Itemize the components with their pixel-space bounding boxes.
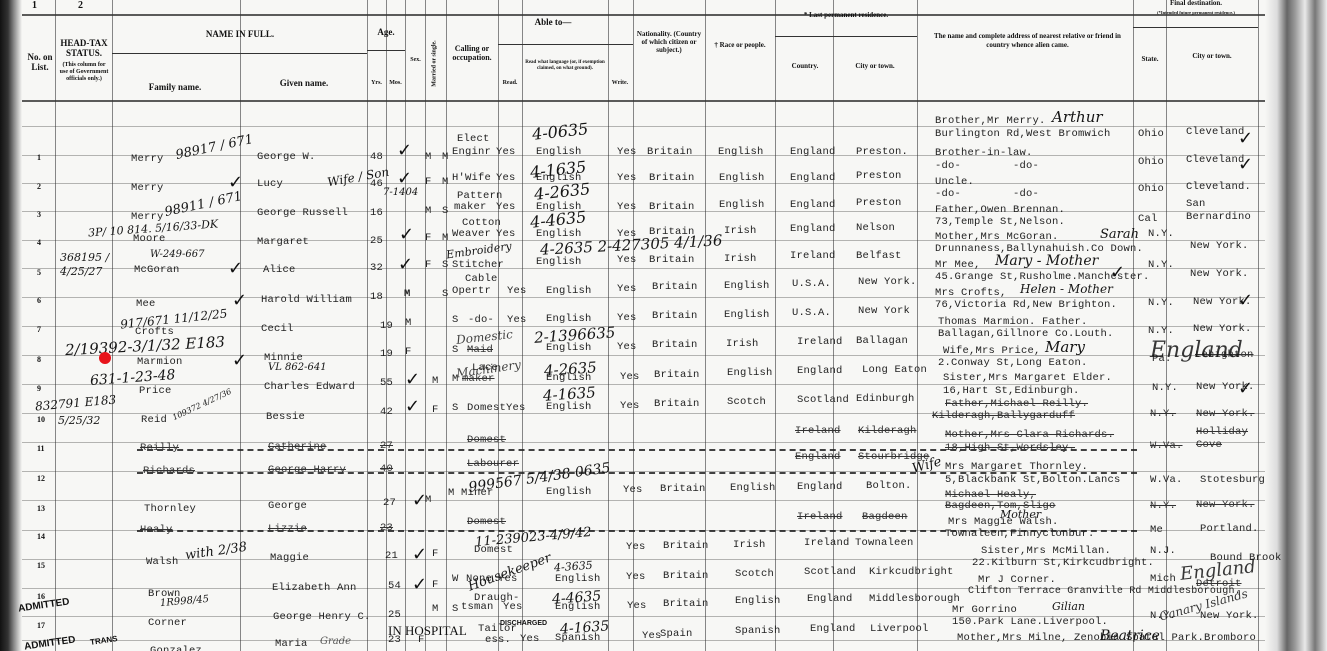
header-head-tax-status: HEAD-TAX STATUS. [57,38,111,58]
family-name: Healy [140,524,173,536]
country: Ireland [795,425,841,437]
city-townaleen: Townaleen [855,537,914,549]
header-read: Read. [500,80,520,87]
age: 40 [380,463,393,475]
relative-address: 76,Victoria Rd,New Brighton. [935,299,1117,311]
country: England [807,593,853,605]
read: Yes [496,146,516,158]
race: Irish [733,539,766,551]
sex: M [425,205,432,217]
age: 25 [388,609,401,621]
header-name-in-full: NAME IN FULL. [115,29,365,39]
sex: M [432,375,439,387]
dest-city: Holliday Cove [1196,426,1256,452]
write: Yes [642,630,662,642]
handwritten-code: 4-1635 [542,383,596,405]
family-name: Reid [141,414,167,426]
relative: Mother,Mrs Clara Richards. [945,429,1114,441]
relative-address: 22.Kilburn St,Kirkcudbright. [972,557,1154,569]
dest-state: Mich [1150,573,1176,585]
check-mark-icon: ✓ [228,258,243,279]
nationality: Britain [660,483,706,495]
header-able-to: Able to— [500,17,606,27]
race: English [735,595,781,607]
country: England [790,172,836,184]
occupation: tsman [461,601,494,613]
row-number: 17 [37,621,45,630]
dest-state: N.Y. [1148,325,1174,337]
header-age: Age. [369,27,403,37]
race: Scotch [735,568,774,580]
check-mark-icon: ✓ [232,290,247,311]
occupation: Cable [465,273,498,285]
dest-city: San Bernardino [1186,198,1256,224]
marital-status: W [452,573,459,585]
sex: M [404,288,411,300]
relative-address: 5,Blackbank St,Bolton.Lancs [945,474,1121,486]
read: Yes [496,201,516,213]
marital-status: M [442,232,449,244]
occupation: H'Wife [452,172,491,184]
header-head-tax-note: (This column for use of Government offic… [59,62,109,83]
handwritten-relative-name: Mary - Mother [995,253,1098,269]
relative: Sister,Mrs Margaret Elder. [943,372,1112,384]
handwritten-code: 4-1635 [560,618,610,637]
language: English [536,146,582,158]
row-number: 9 [37,384,41,393]
marital-status: S [442,288,449,300]
row-number: 6 [37,296,41,305]
read: Yes [507,285,527,297]
check-mark-icon: ✓ [228,172,243,193]
admitted-stamp: ADMITTED [23,634,76,651]
relative: Brother-in-law. [935,147,1033,159]
given-name: Charles Edward [264,381,355,393]
relative: Wife,Mrs Price, [943,345,1041,357]
header-rule [112,53,367,54]
handwritten-destination: England [1150,338,1243,363]
column-number: 2 [78,0,83,11]
country: Scotland [804,566,856,578]
handwritten-code: 4-3635 [554,559,594,575]
header-family-name: Family name. [115,82,235,92]
row-number: 4 [37,238,41,247]
city: Belfast [856,250,902,262]
check-mark-icon: ✓ [397,168,412,189]
age: 55 [380,377,393,389]
dest-state: Ohio [1138,156,1164,168]
family-name: Richards [143,465,195,477]
handwritten-note: 832791 E183 [35,392,117,413]
dest-state: N.Y. [1148,259,1174,271]
check-mark-icon: ✓ [1110,262,1125,283]
country: Ireland [790,250,836,262]
occupation: Weaver [452,228,491,240]
race: Irish [724,225,757,237]
write: Yes [617,146,637,158]
row-rule [22,14,1267,16]
city: Nelson [856,222,895,234]
nationality: Britain [649,201,695,213]
country: U.S.A. [792,278,831,290]
city: New York. [858,276,917,288]
relative: Mr J Corner. [978,574,1056,586]
dest-state: N.J. [1150,545,1176,557]
given-name: George Harry [268,464,346,476]
relative: Sister,Mrs McMillan. [981,545,1111,557]
family-name: Corner [148,617,187,629]
column-number: 1 [32,0,37,11]
language: English [546,285,592,297]
read: Yes [503,601,523,613]
dest-city: New York. [1193,323,1252,335]
sex: F [425,176,432,188]
city: Bagdeen [862,511,908,523]
marital-status: M [442,151,449,163]
header-final-destination: Final destination. [1135,0,1257,7]
age: 27 [380,440,393,452]
family-name: Thornley [144,503,196,515]
handwritten-note: W-249-667 [150,249,204,260]
sex: F [432,404,439,416]
dest-city: New York. [1196,499,1255,511]
occupation: Opertr [452,285,491,297]
handwritten-destination: England [1179,556,1257,585]
read: Yes [507,314,527,326]
row-number: 13 [37,504,45,513]
check-mark-icon: ✓ [1238,128,1253,149]
handwritten-code: 4-4635 [552,588,602,607]
country: England [795,451,841,463]
check-mark-icon: ✓ [232,350,247,371]
relative: Mr Gorrino [952,604,1017,616]
row-number: 3 [37,210,41,219]
occupation: Domest [467,434,506,446]
occupation: Enginr [452,146,491,158]
age: 23 [380,522,393,534]
row-number: 2 [37,182,41,191]
check-mark-icon: ✓ [405,396,420,417]
discharged-stamp: DISCHARGED [500,620,547,627]
check-mark-icon: ✓ [399,224,414,245]
given-name: Elizabeth Ann [272,582,357,594]
check-mark-icon: ✓ [398,254,413,275]
city: Preston [856,170,902,182]
marital-status: M [442,176,449,188]
relative: Brother,Mr Merry. [935,115,1046,127]
dest-city: Cleveland [1186,154,1245,166]
write: Yes [627,600,647,612]
header-read-language: Read what language (or, if exemption cla… [524,60,606,72]
write: Yes [617,312,637,324]
race: English [718,146,764,158]
nationality: Britain [654,398,700,410]
handwritten-code: 4-0635 [531,119,589,144]
city: Liverpool [870,623,929,635]
row-number: 1 [37,153,41,162]
country: England [790,199,836,211]
check-mark-icon: ✓ [397,140,412,161]
write: Yes [620,400,640,412]
relative-address: Townaleen,Finnyclonbur. [945,528,1095,540]
city: New York [858,305,910,317]
dest-city: New York. [1200,610,1259,622]
relative-address: 18,High St,Wordsley. [945,442,1075,454]
relative: Mrs Crofts, [935,287,1007,299]
check-mark-icon: ✓ [1238,378,1253,399]
given-name: Maggie [270,552,309,564]
sex: F [432,579,439,591]
country: England [810,623,856,635]
nationality: Britain [663,540,709,552]
occupation: Maid [467,344,493,356]
header-relative: The name and complete address of nearest… [925,32,1130,50]
age: 25 [370,235,383,247]
row-number: 11 [37,444,45,453]
check-mark-icon: ✓ [412,490,427,511]
relative-address: 16,Hart St,Edinburgh. [943,385,1080,397]
age: 48 [370,151,383,163]
nationality: Britain [663,598,709,610]
dest-state: N.Y. [1148,228,1174,240]
dest-state: W.Va. [1150,440,1183,452]
dest-state: W.Va. [1150,474,1183,486]
write: Yes [626,541,646,553]
family-name: Merry [131,182,164,194]
age: 32 [370,262,383,274]
age: 42 [380,406,393,418]
marital-status: M [448,487,455,499]
write: Yes [617,201,637,213]
family-name: Walsh [146,556,179,568]
handwritten-relative-name: Mary [1045,338,1085,356]
nationality: Britain [654,369,700,381]
handwritten-note: 98917 / 671 [174,132,254,163]
age: 27 [383,497,396,509]
occupation: Domest [467,516,506,528]
handwritten-relative-name: Sarah [1100,227,1139,242]
marital-status: S [452,603,459,615]
relative: Thomas Marmion. Father. [938,316,1088,328]
header-last-residence: * Last permanent residence. [777,12,915,19]
city: Edinburgh [856,393,915,405]
city: Long Eaton [862,364,927,376]
city: Kirkcudbright [869,566,954,578]
relative: Father,Michael Reilly. [945,398,1088,410]
header-country: Country. [777,63,833,70]
occupation: Elect [457,133,490,145]
given-name: Cecil [261,323,294,335]
country: Ireland [797,336,843,348]
given-name: Lizzie [268,523,307,535]
marital-status: S [452,314,459,326]
header-state: State. [1135,56,1165,63]
language: English [546,486,592,498]
country: Scotland [797,394,849,406]
race: Spanish [735,625,781,637]
dest-city: New York. [1196,408,1255,420]
given-name: Catherine [268,441,327,453]
sex: M [432,603,439,615]
marital-status: S [442,205,449,217]
race: English [719,172,765,184]
family-name: Gonzalez [150,645,202,651]
handwritten-relative-name: Beatrice [1100,628,1160,644]
relative-address: 73,Temple St,Nelson. [935,216,1065,228]
family-name: Mee [136,298,156,310]
age: 18 [370,291,383,303]
race: English [719,199,765,211]
relative-address: 2.Conway St,Long Eaton. [938,357,1088,369]
dest-city: Portland. [1200,523,1259,535]
handwritten-relative-name: Arthur [1052,108,1103,126]
read: Yes [506,402,526,414]
sex: F [432,548,439,560]
city: Ballagan [856,335,908,347]
country: U.S.A. [792,307,831,319]
relative-address: -do- -do- [935,160,1039,172]
header-nationality: Nationality. (Country of which citizen o… [635,30,703,54]
occupation: maker [454,201,487,213]
marital-status: S [452,402,459,414]
nationality: Britain [652,339,698,351]
handwritten-note: 368195 / 4/25/27 [60,251,110,279]
country: Ireland [804,537,850,549]
country: England [790,146,836,158]
check-mark-icon: ✓ [1238,154,1253,175]
given-name: George W. [257,151,316,163]
dest-state: Me [1150,524,1163,536]
read: Yes [496,228,516,240]
relative-address: Kilderagh,Ballygarduff [932,410,1075,422]
write: Yes [617,283,637,295]
sex: M [405,317,412,329]
write: Yes [620,371,640,383]
relative: Mother,Mrs McGoran. [935,231,1059,243]
nationality: Britain [663,570,709,582]
header-bottom-rule [22,100,1267,102]
relative: Uncle. [935,176,974,188]
sex: F [425,259,432,271]
header-write: Write. [609,80,631,87]
header-final-destination-note: (*Intended future permanent residence.) [1135,9,1257,16]
dest-city: Cleveland [1186,126,1245,138]
handwritten-note: 11-239023-4/9/42 [475,525,593,550]
occupation: ess. [485,634,511,646]
handwritten-note: Grade [320,636,351,647]
sex: F [405,346,412,358]
age: 54 [388,580,401,592]
city: Kilderagh [858,425,917,437]
relative-address: Burlington Rd,West Bromwich [935,128,1111,140]
header-sex: Sex. [406,57,425,64]
given-name: Lucy [257,178,283,190]
row-number: 5 [37,268,41,277]
write: Yes [617,172,637,184]
write: Yes [626,571,646,583]
header-age-yrs: Yrs. [367,80,386,87]
relative: Mrs Margaret Thornley. [945,461,1088,473]
race: Irish [724,253,757,265]
city: Bolton. [866,480,912,492]
write: Yes [617,254,637,266]
row-number: 14 [37,532,45,541]
handwritten-relative-name: Mother [1000,508,1041,521]
country: England [790,223,836,235]
race: English [730,482,776,494]
handwritten-note: 109372 4/27/36 [171,387,233,422]
occupation: Stitcher [452,259,504,271]
family-name: Merry [131,153,164,165]
family-name: Marmion [137,356,183,368]
family-name: Reilly [140,442,179,454]
handwritten-relative-name: Helen - Mother [1020,282,1113,296]
relative: Mr Mee, [935,259,981,271]
handwritten-note: VL 862-641 [268,362,327,373]
occupation: Labourer [467,458,519,470]
given-name: Bessie [266,411,305,423]
write: Yes [617,341,637,353]
relative-address: 150.Park Lane.Liverpool. [952,616,1108,628]
country: England [797,365,843,377]
relative-address: Ballagan,Gillnore Co.Louth. [938,328,1114,340]
sex: F [425,232,432,244]
check-mark-icon: ✓ [412,544,427,565]
given-name: Margaret [257,236,309,248]
city: Middlesborough [869,593,960,605]
city: Preston. [856,146,908,158]
race: English [727,367,773,379]
handwritten-occupation: Domestic [455,327,513,347]
family-name: McGoran [134,264,180,276]
hospital-stamp: IN HOSPITAL [388,623,467,639]
race: Scotch [727,396,766,408]
occupation: Domest [467,402,506,414]
dest-city: New York. [1190,240,1249,252]
row-number: 15 [37,561,45,570]
handwritten-note: 98911 / 671 [163,189,243,220]
given-name: Maria [275,638,308,650]
dest-state: N.Y. [1152,382,1178,394]
header-dest-city: City or town. [1168,53,1256,60]
header-age-mos: Mos. [386,80,405,87]
admitted-stamp: ADMITTED [17,596,70,614]
handwritten-note: 5/25/32 [58,414,100,427]
dest-state: Ohio [1138,183,1164,195]
red-marker-dot [99,352,111,364]
age: 19 [380,348,393,360]
country: Ireland [797,511,843,523]
handwritten-relative-name: Gilian [1052,600,1085,613]
nationality: Britain [649,172,695,184]
race: English [724,280,770,292]
manifest-page: 1 2 No. on List. HEAD-TAX STATUS. (This … [0,0,1327,651]
handwritten-code: 4-2635 [543,358,597,380]
read: Yes [496,172,516,184]
dest-state: N.Y. [1148,297,1174,309]
header-calling: Calling or occupation. [448,44,496,62]
race: English [724,309,770,321]
nationality: Britain [652,310,698,322]
header-given-name: Given name. [242,78,366,88]
given-name: George Russell [257,207,348,219]
dest-city: Cleveland. [1186,181,1251,193]
age: 16 [370,207,383,219]
given-name: Alice [263,264,296,276]
dest-state: N.Y. [1150,500,1176,512]
row-number: 10 [37,415,45,424]
check-mark-icon: ✓ [405,369,420,390]
